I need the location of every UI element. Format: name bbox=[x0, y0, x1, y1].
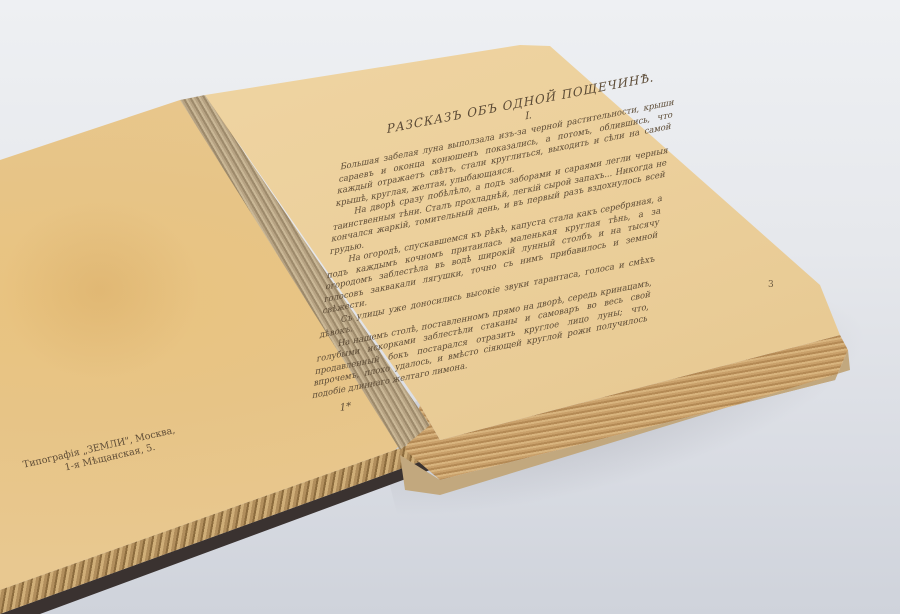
page-number: 3 bbox=[768, 280, 774, 290]
book-photo: РАЗСКАЗЪ ОБЪ ОДНОЙ ПОЩЕЧИНѢ. I. Большая … bbox=[0, 0, 900, 614]
water-stain bbox=[0, 200, 200, 380]
